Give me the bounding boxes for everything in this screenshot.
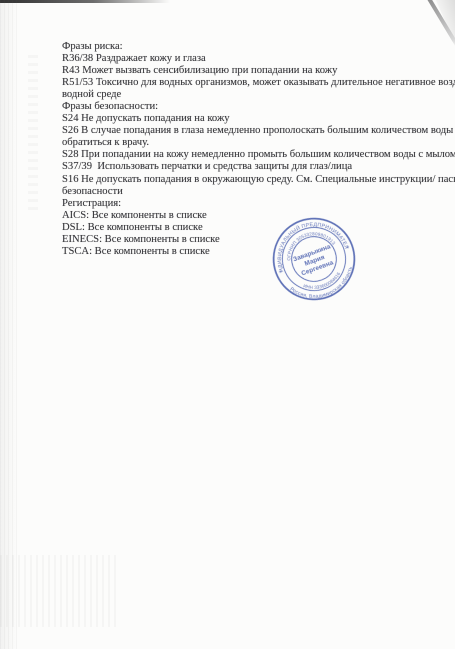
text-line: Фразы безопасности: xyxy=(62,101,455,113)
text-line: R43 Может вызвать сенсибилизацию при поп… xyxy=(62,65,455,77)
text-line: Регистрация: xyxy=(62,198,455,210)
text-line: S24 Не допускать попадания на кожу xyxy=(62,113,455,125)
text-line: TSCA: Все компоненты в списке xyxy=(62,246,455,258)
scanned-document-page: Фразы риска:R36/38 Раздражает кожу и гла… xyxy=(0,0,455,649)
text-line: S16 Не допускать попадания в окружающую … xyxy=(62,174,455,186)
text-line: S26 В случае попадания в глаза немедленн… xyxy=(62,125,455,137)
text-line: водной среде xyxy=(62,89,455,101)
text-line: Фразы риска: xyxy=(62,41,455,53)
text-line: R51/53 Токсично для водных организмов, м… xyxy=(62,77,455,89)
scan-edge-artifact-top xyxy=(0,0,170,3)
scan-noise-patch xyxy=(28,55,38,215)
text-line: S37/39 Использовать перчатки и средства … xyxy=(62,161,455,173)
scan-edge-artifact-left xyxy=(0,0,17,649)
text-line: S28 При попадании на кожу немедленно про… xyxy=(62,149,455,161)
stamp-star-icon: ✳ xyxy=(345,244,350,250)
text-line: R36/38 Раздражает кожу и глаза xyxy=(62,53,455,65)
scan-noise-patch xyxy=(0,555,118,627)
text-line: обратиться к врачу. xyxy=(62,137,455,149)
text-line: безопасности xyxy=(62,186,455,198)
document-text-block: Фразы риска:R36/38 Раздражает кожу и гла… xyxy=(62,41,455,258)
text-line: AICS: Все компоненты в списке xyxy=(62,210,455,222)
